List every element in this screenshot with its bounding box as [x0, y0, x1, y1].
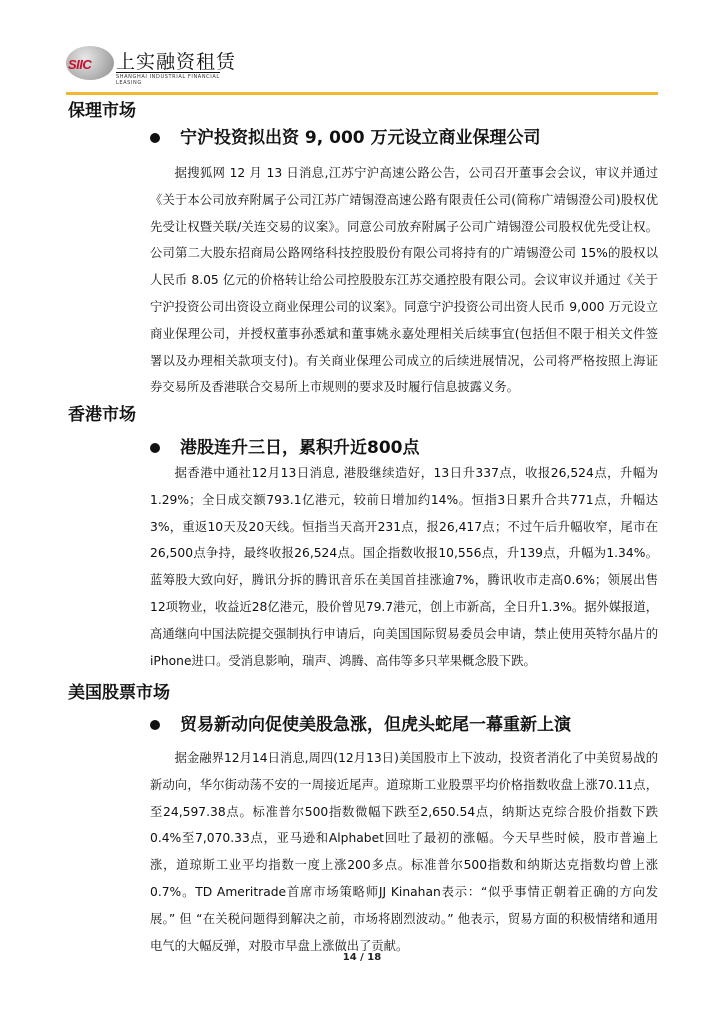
article-body: 据香港中通社12月13日消息, 港股继续造好，13日升337点，收报26,524… — [150, 460, 658, 674]
article-title-text: 港股连升三日，累积升近800点 — [180, 438, 420, 458]
article-title-text: 宁沪投资拟出资 9, 000 万元设立商业保理公司 — [180, 128, 541, 148]
page-number: 14 / 18 — [0, 952, 724, 963]
bullet-icon — [150, 443, 160, 453]
article-title: 港股连升三日，累积升近800点 — [150, 436, 658, 460]
bullet-icon — [150, 133, 160, 143]
company-name-cn: 上实融资租赁 — [116, 47, 236, 74]
article-us-stocks: 贸易新动向促使美股急涨，但虎头蛇尾一幕重新上演 据金融界12月14日消息,周四(… — [150, 713, 658, 959]
header-divider — [66, 92, 658, 95]
company-name-en: SHANGHAI INDUSTRIAL FINANCIAL LEASING — [116, 72, 220, 86]
article-body: 据金融界12月14日消息,周四(12月13日)美国股市上下波动，投资者消化了中美… — [150, 745, 658, 959]
article-hongkong: 港股连升三日，累积升近800点 据香港中通社12月13日消息, 港股继续造好，1… — [150, 436, 658, 674]
article-title-text: 贸易新动向促使美股急涨，但虎头蛇尾一幕重新上演 — [180, 715, 571, 735]
article-body: 据搜狐网 12 月 13 日消息,江苏宁沪高速公路公告，公司召开董事会会议，审议… — [150, 160, 658, 401]
siic-logo-icon: SIIC — [66, 46, 114, 80]
article-title: 宁沪投资拟出资 9, 000 万元设立商业保理公司 — [150, 126, 658, 150]
bullet-icon — [150, 720, 160, 730]
page-header: SIIC 上实融资租赁 SHANGHAI INDUSTRIAL FINANCIA… — [66, 44, 666, 84]
article-title: 贸易新动向促使美股急涨，但虎头蛇尾一幕重新上演 — [150, 713, 658, 737]
section-title-factoring: 保理市场 — [68, 96, 136, 121]
logo-mark: SIIC — [68, 57, 91, 72]
section-title-us-stocks: 美国股票市场 — [68, 678, 170, 703]
article-factoring: 宁沪投资拟出资 9, 000 万元设立商业保理公司 据搜狐网 12 月 13 日… — [150, 126, 658, 401]
section-title-hongkong: 香港市场 — [68, 400, 136, 425]
